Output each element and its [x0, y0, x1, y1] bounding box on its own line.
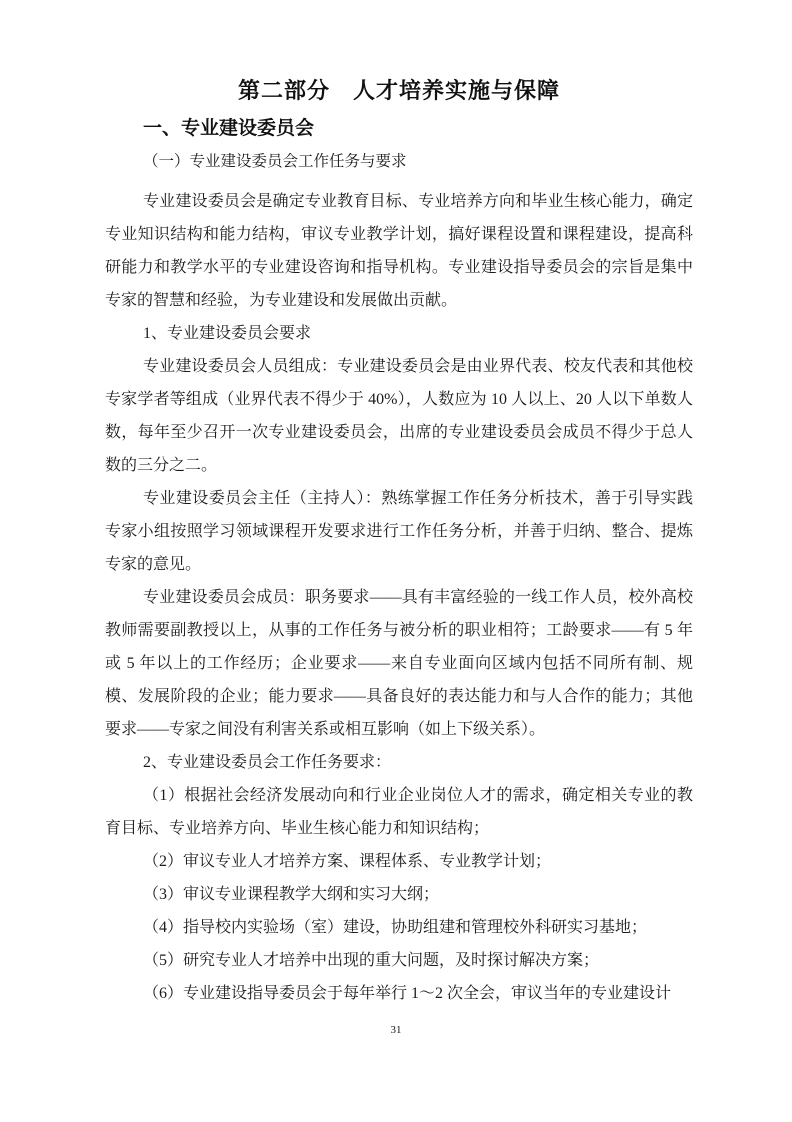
subsection-heading: （一）专业建设委员会工作任务与要求	[105, 151, 693, 173]
paragraph-chair: 专业建设委员会主任（主持人）：熟练掌握工作任务分析技术，善于引导实践专家小组按照…	[105, 482, 693, 581]
task-item-4: （4）指导校内实验场（室）建设，协助组建和管理校外科研实习基地；	[105, 911, 693, 944]
task-item-5: （5）研究专业人才培养中出现的重大问题，及时探讨解决方案；	[105, 944, 693, 977]
section-heading: 一、专业建设委员会	[105, 115, 693, 142]
page-content: 第二部分 人才培养实施与保障 一、专业建设委员会 （一）专业建设委员会工作任务与…	[105, 76, 693, 1010]
task-item-3: （3）审议专业课程教学大纲和实习大纲；	[105, 878, 693, 911]
task-item-6: （6）专业建设指导委员会于每年举行 1～2 次全会，审议当年的专业建设计	[105, 977, 693, 1010]
paragraph-members: 专业建设委员会成员：职务要求——具有丰富经验的一线工作人员，校外高校教师需要副教…	[105, 581, 693, 746]
paragraph-composition: 专业建设委员会人员组成：专业建设委员会是由业界代表、校友代表和其他校专家学者等组…	[105, 350, 693, 482]
task-item-2: （2）审议专业人才培养方案、课程体系、专业教学计划；	[105, 845, 693, 878]
page-number: 31	[0, 1024, 792, 1036]
document-page: 第二部分 人才培养实施与保障 一、专业建设委员会 （一）专业建设委员会工作任务与…	[0, 0, 792, 1122]
list-heading-tasks: 2、专业建设委员会工作任务要求：	[105, 746, 693, 779]
document-title: 第二部分 人才培养实施与保障	[105, 76, 693, 106]
task-item-1: （1）根据社会经济发展动向和行业企业岗位人才的需求，确定相关专业的教育目标、专业…	[105, 779, 693, 845]
list-heading-requirements: 1、专业建设委员会要求	[105, 317, 693, 350]
paragraph-intro: 专业建设委员会是确定专业教育目标、专业培养方向和毕业生核心能力，确定专业知识结构…	[105, 185, 693, 317]
